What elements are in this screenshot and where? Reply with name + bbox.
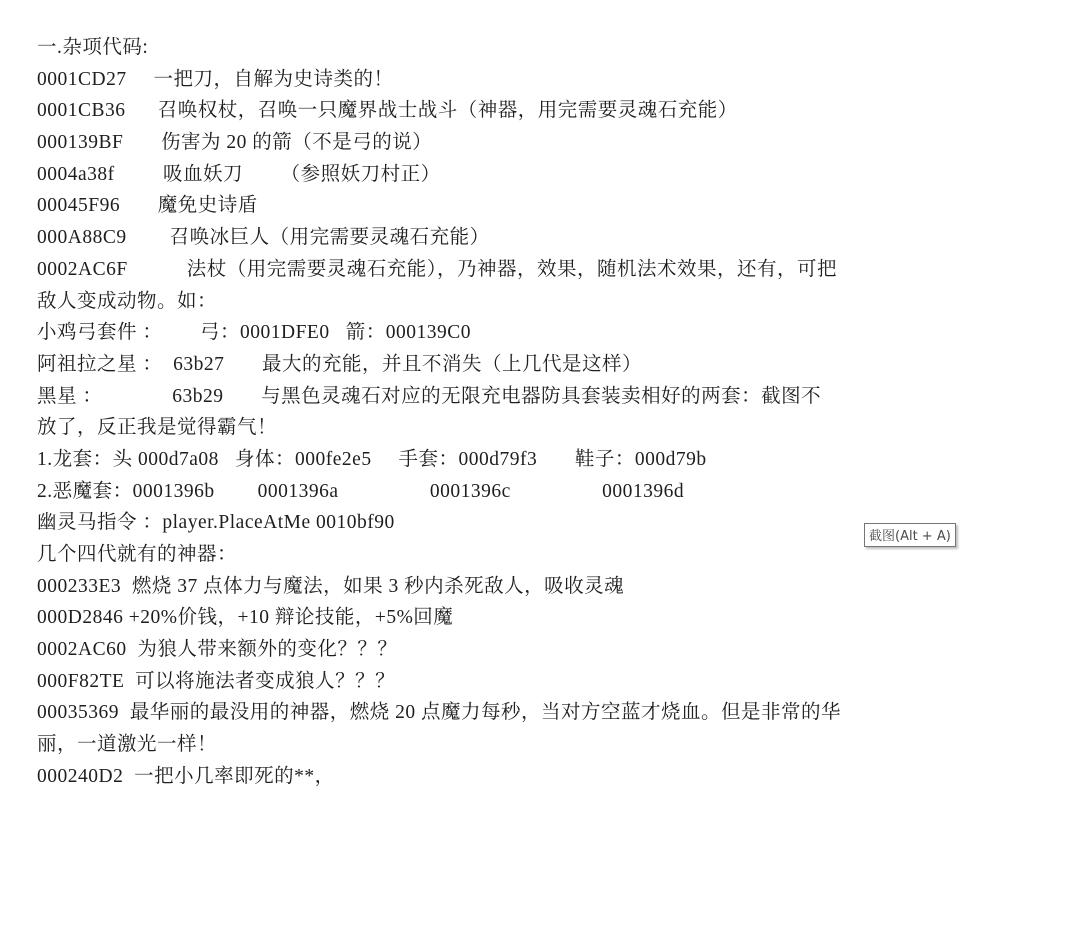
code-line: 阿祖拉之星 ： 63b27 最大的充能，并且不消失（上几代是这样）	[37, 349, 1032, 381]
text-line: 敌人变成动物。如：	[37, 286, 1032, 318]
code-line: 0002AC6F 法杖（用完需要灵魂石充能），乃神器，效果，随机法术效果，还有，…	[37, 254, 1032, 286]
code-line: 000139BF 伤害为 20 的箭（不是弓的说）	[37, 127, 1032, 159]
code-line: 00045F96 魔免史诗盾	[37, 190, 1032, 222]
section-heading: 一.杂项代码:	[37, 32, 1032, 64]
code-line: 000240D2 一把小几率即死的**，	[37, 761, 1032, 793]
text-line: 放了，反正我是觉得霸气！	[37, 412, 1032, 444]
armor-set-line: 1.龙套：头 000d7a08 身体：000fe2e5 手套：000d79f3 …	[37, 444, 1032, 476]
code-line: 000D2846 +20%价钱，+10 辩论技能，+5%回魔	[37, 602, 1032, 634]
screenshot-tooltip: 截图(Alt + A)	[864, 523, 956, 547]
code-line: 0004a38f 吸血妖刀 （参照妖刀村正）	[37, 159, 1032, 191]
code-line: 000A88C9 召唤冰巨人（用完需要灵魂石充能）	[37, 222, 1032, 254]
code-line: 小鸡弓套件 ： 弓：0001DFE0 箭：000139C0	[37, 317, 1032, 349]
text-line: 丽，一道激光一样！	[37, 729, 1032, 761]
code-line: 0001CD27 一把刀，自解为史诗类的！	[37, 64, 1032, 96]
code-line: 0001CB36 召唤权杖，召唤一只魔界战士战斗（神器，用完需要灵魂石充能）	[37, 95, 1032, 127]
code-line: 000F82TE 可以将施法者变成狼人？？？	[37, 666, 1032, 698]
code-line: 黑星 ： 63b29 与黑色灵魂石对应的无限充电器防具套装卖相好的两套：截图不	[37, 381, 1032, 413]
code-line: 000233E3 燃烧 37 点体力与魔法，如果 3 秒内杀死敌人，吸收灵魂	[37, 571, 1032, 603]
armor-set-line: 2.恶魔套：0001396b 0001396a 0001396c 0001396…	[37, 476, 1032, 508]
document-body: 一.杂项代码: 0001CD27 一把刀，自解为史诗类的！ 0001CB36 召…	[37, 32, 1032, 793]
code-line: 00035369 最华丽的最没用的神器，燃烧 20 点魔力每秒，当对方空蓝才烧血…	[37, 697, 1032, 729]
code-line: 0002AC60 为狼人带来额外的变化？？？	[37, 634, 1032, 666]
